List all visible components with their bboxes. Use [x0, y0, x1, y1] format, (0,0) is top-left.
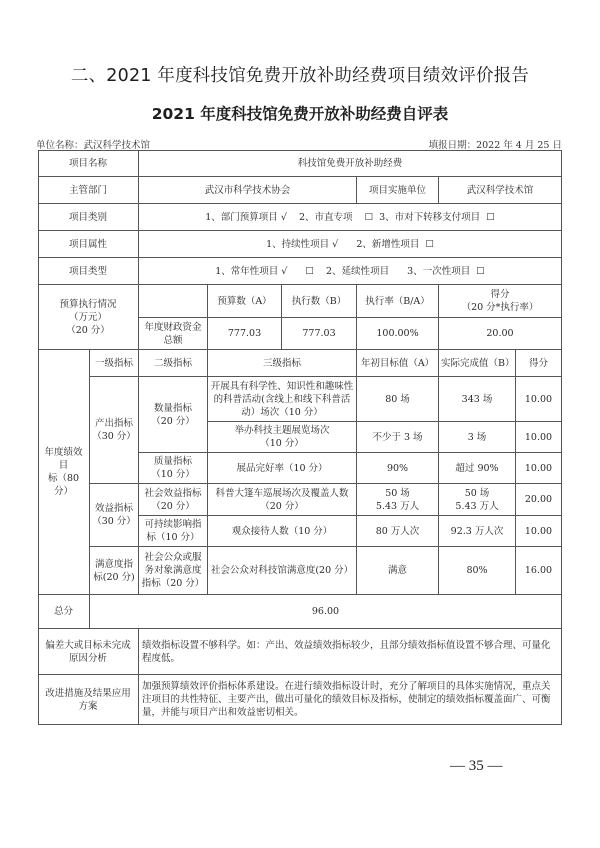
level1-satisfaction: 满意度指 标(20 分)	[90, 547, 139, 595]
impl-label: 项目实施单位	[357, 177, 439, 204]
actual-cell: 343 场	[439, 377, 516, 422]
indicator-cell: 科普大篷车巡展场次及覆盖人数 （20 分）	[208, 484, 357, 516]
score-cell: 20.00	[516, 484, 562, 516]
total-value: 96.00	[90, 595, 562, 629]
target-cell: 不少于 3 场	[357, 422, 439, 453]
page-number: — 35 —	[450, 758, 503, 775]
actual-cell: 92.3 万人次	[439, 516, 516, 547]
perf-header-score: 得分	[516, 350, 562, 377]
deviation-text: 绩效指标设置不够科学。如：产出、效益绩效指标较少，且部分绩效指标值设置不够合理、…	[139, 629, 562, 675]
target-cell: 50 场 5.43 万人	[357, 484, 439, 516]
target-cell: 满意	[357, 547, 439, 595]
performance-label: 年度绩效目 标（80 分）	[38, 350, 90, 595]
budget-value-b: 777.03	[282, 318, 357, 350]
budget-header-b: 执行数（B）	[282, 285, 357, 318]
indicator-cell: 观众接待人数（10 分）	[208, 516, 357, 547]
level1-output: 产出指标 （30 分）	[90, 377, 139, 484]
budget-label: 预算执行情况 （万元） （20 分）	[38, 285, 139, 350]
project-name-value: 科技馆免费开放补助经费	[139, 150, 562, 177]
indicator-cell: 展品完好率（10 分）	[208, 453, 357, 484]
budget-blank-header	[139, 285, 208, 318]
dept-label: 主管部门	[38, 177, 139, 204]
attr-value: 1、持续性项目 √ 2、新增性项目 ☐	[139, 231, 562, 258]
budget-header-score: 得分 （20 分*执行率）	[439, 285, 562, 318]
score-cell: 10.00	[516, 453, 562, 484]
actual-cell: 80%	[439, 547, 516, 595]
category-label: 项目类别	[38, 204, 139, 231]
impl-value: 武汉科学技术馆	[439, 177, 562, 204]
total-label: 总分	[38, 595, 90, 629]
budget-value-rate: 100.00%	[357, 318, 439, 350]
budget-value-score: 20.00	[439, 318, 562, 350]
type-value: 1、常年性项目 √ ☐ 2、延续性项目 3、一次性项目 ☐	[139, 258, 562, 285]
unit-name: 单位名称：武汉科学技术馆	[36, 137, 150, 151]
score-cell: 16.00	[516, 547, 562, 595]
perf-header-level3: 三级指标	[208, 350, 357, 377]
perf-header-target: 年初目标值（A）	[357, 350, 439, 377]
type-label: 项目类型	[38, 258, 139, 285]
project-name-label: 项目名称	[38, 150, 139, 177]
table-title: 2021 年度科技馆免费开放补助经费自评表	[0, 102, 600, 124]
report-date: 填报日期：2022 年 4 月 25 日	[429, 137, 562, 151]
budget-row-label: 年度财政资金 总额	[139, 318, 208, 350]
improvement-text: 加强预算绩效评价指标体系建设。在进行绩效指标设计时，充分了解项目的具体实施情况，…	[139, 675, 562, 725]
level2-sustainable: 可持续影响指 标（10 分）	[139, 516, 208, 547]
dept-value: 武汉市科学技术协会	[139, 177, 357, 204]
level2-quantity: 数量指标 （20 分）	[139, 377, 208, 453]
indicator-cell: 开展具有科学性、知识性和趣味性 的科普活动(含线上和线下科普活 动）场次（10 …	[208, 377, 357, 422]
actual-cell: 50 场 5.43 万人	[439, 484, 516, 516]
budget-value-a: 777.03	[208, 318, 282, 350]
evaluation-table: 项目名称 科技馆免费开放补助经费 主管部门 武汉市科学技术协会 项目实施单位 武…	[38, 150, 562, 725]
actual-cell: 超过 90%	[439, 453, 516, 484]
report-heading: 二、2021 年度科技馆免费开放补助经费项目绩效评价报告	[0, 62, 600, 87]
level2-public-satisfaction: 社会公众或服 务对象满意度 指标（20 分）	[139, 547, 208, 595]
indicator-cell: 举办科技主题展览场次 （10 分）	[208, 422, 357, 453]
level2-quality: 质量指标 （10 分）	[139, 453, 208, 484]
budget-header-rate: 执行率（B/A）	[357, 285, 439, 318]
attr-label: 项目属性	[38, 231, 139, 258]
level2-social-benefit: 社会效益指标 （20 分）	[139, 484, 208, 516]
perf-header-level2: 二级指标	[139, 350, 208, 377]
score-cell: 10.00	[516, 422, 562, 453]
target-cell: 80 万人次	[357, 516, 439, 547]
perf-header-actual: 实际完成值（B）	[439, 350, 516, 377]
category-value: 1、部门预算项目 √ 2、市直专项 ☐ 3、市对下转移支付项目 ☐	[139, 204, 562, 231]
target-cell: 90%	[357, 453, 439, 484]
perf-header-level1: 一级指标	[90, 350, 139, 377]
actual-cell: 3 场	[439, 422, 516, 453]
score-cell: 10.00	[516, 516, 562, 547]
budget-header-a: 预算数（A）	[208, 285, 282, 318]
deviation-label: 偏差大或目标未完成 原因分析	[38, 629, 139, 675]
score-cell: 10.00	[516, 377, 562, 422]
indicator-cell: 社会公众对科技馆满意度(20 分）	[208, 547, 357, 595]
level1-benefit: 效益指标 （30 分）	[90, 484, 139, 547]
target-cell: 80 场	[357, 377, 439, 422]
improvement-label: 改进措施及结果应用 方案	[38, 675, 139, 725]
